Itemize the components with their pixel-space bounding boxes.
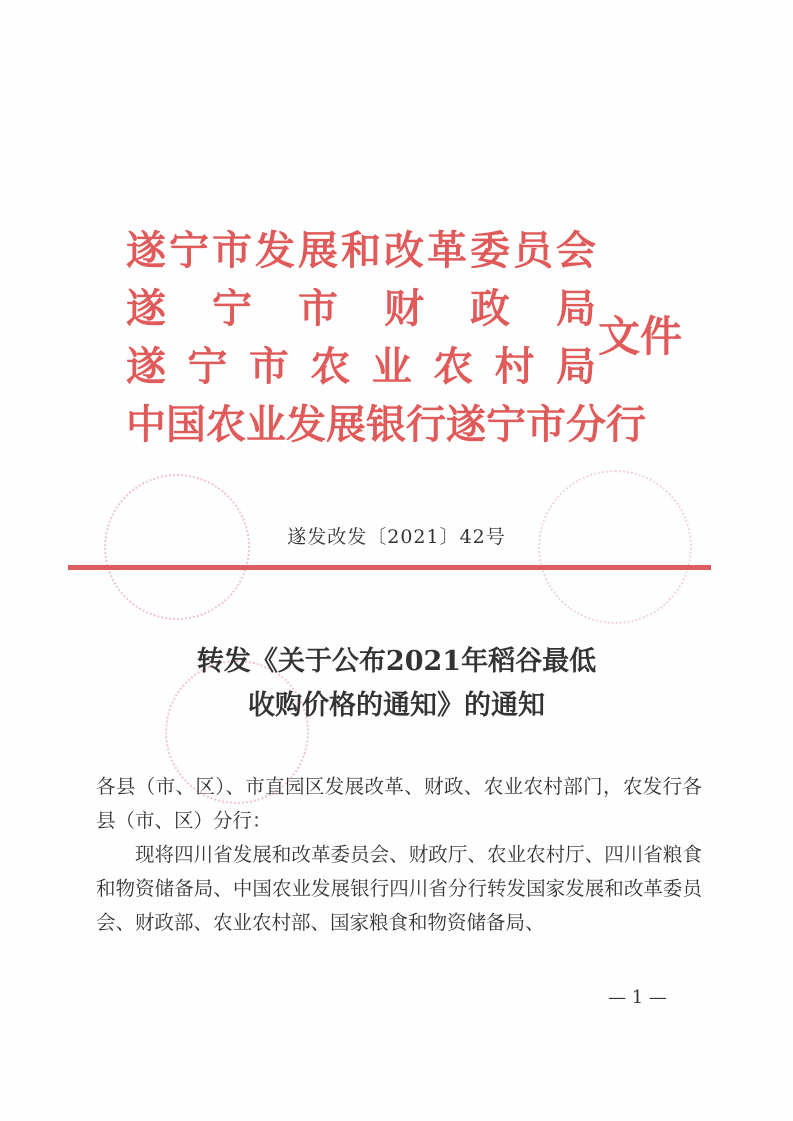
issuer-char: 委 <box>470 222 510 280</box>
body-paragraph: 现将四川省发展和改革委员会、财政厅、农业农村厅、四川省粮食和物资储备局、中国农业… <box>96 838 702 940</box>
issuer-char: 和 <box>341 222 381 280</box>
issuer-char: 市 <box>249 338 289 396</box>
issuer-char: 政 <box>470 280 510 338</box>
issuer-1: 遂宁市发展和改革委员会 <box>126 222 596 280</box>
issuer-char: 宁 <box>212 280 252 338</box>
document-title: 转发《关于公布2021年稻谷最低 收购价格的通知》的通知 <box>0 640 793 728</box>
issuer-2: 遂宁市财政局 <box>126 280 596 338</box>
issuer-char: 宁 <box>486 396 526 454</box>
issuer-char: 市 <box>526 396 566 454</box>
document-number: 遂发改发〔2021〕42号 <box>0 522 793 549</box>
issuer-char: 宁 <box>187 338 227 396</box>
title-line-2: 收购价格的通知》的通知 <box>0 684 793 728</box>
issuer-char: 行 <box>406 396 446 454</box>
issuer-char: 展 <box>298 222 338 280</box>
document-page: 遂宁市发展和改革委员会 遂宁市财政局 遂宁市农业农村局 中国农业发展银行遂宁市分… <box>0 0 793 1121</box>
issuer-char: 发 <box>255 222 295 280</box>
issuer-char: 遂 <box>126 222 166 280</box>
issuer-char: 遂 <box>446 396 486 454</box>
issuer-char: 遂 <box>126 280 166 338</box>
issuer-char: 财 <box>384 280 424 338</box>
issuer-char: 村 <box>495 338 535 396</box>
issuer-char: 发 <box>286 396 326 454</box>
issuer-char: 银 <box>366 396 406 454</box>
issuer-char: 农 <box>310 338 350 396</box>
issuer-char: 中 <box>126 396 166 454</box>
issuer-char: 局 <box>556 280 596 338</box>
issuer-char: 改 <box>384 222 424 280</box>
issuer-char: 遂 <box>126 338 166 396</box>
issuer-char: 农 <box>206 396 246 454</box>
issuer-char: 分 <box>566 396 606 454</box>
issuer-char: 员 <box>513 222 553 280</box>
document-type-label: 文件 <box>598 304 682 364</box>
issuer-3: 遂宁市农业农村局 <box>126 338 596 396</box>
issuer-char: 行 <box>606 396 646 454</box>
issuer-char: 农 <box>433 338 473 396</box>
issuer-char: 会 <box>556 222 596 280</box>
document-body: 各县（市、区）、市直园区发展改革、财政、农业农村部门，农发行各县（市、区）分行：… <box>96 770 702 940</box>
issuer-char: 展 <box>326 396 366 454</box>
addressee: 各县（市、区）、市直园区发展改革、财政、农业农村部门，农发行各县（市、区）分行： <box>96 770 702 838</box>
issuer-char: 市 <box>212 222 252 280</box>
issuer-char: 革 <box>427 222 467 280</box>
title-line-1: 转发《关于公布2021年稻谷最低 <box>0 640 793 684</box>
issuing-authorities: 遂宁市发展和改革委员会 遂宁市财政局 遂宁市农业农村局 中国农业发展银行遂宁市分… <box>126 222 596 454</box>
issuer-char: 局 <box>556 338 596 396</box>
issuer-char: 国 <box>166 396 206 454</box>
issuer-4: 中国农业发展银行遂宁市分行 <box>126 396 596 454</box>
issuer-char: 业 <box>246 396 286 454</box>
issuer-char: 宁 <box>169 222 209 280</box>
issuer-char: 业 <box>372 338 412 396</box>
red-header-rule <box>68 565 711 570</box>
page-number: — 1 — <box>608 987 667 1008</box>
issuer-char: 市 <box>298 280 338 338</box>
